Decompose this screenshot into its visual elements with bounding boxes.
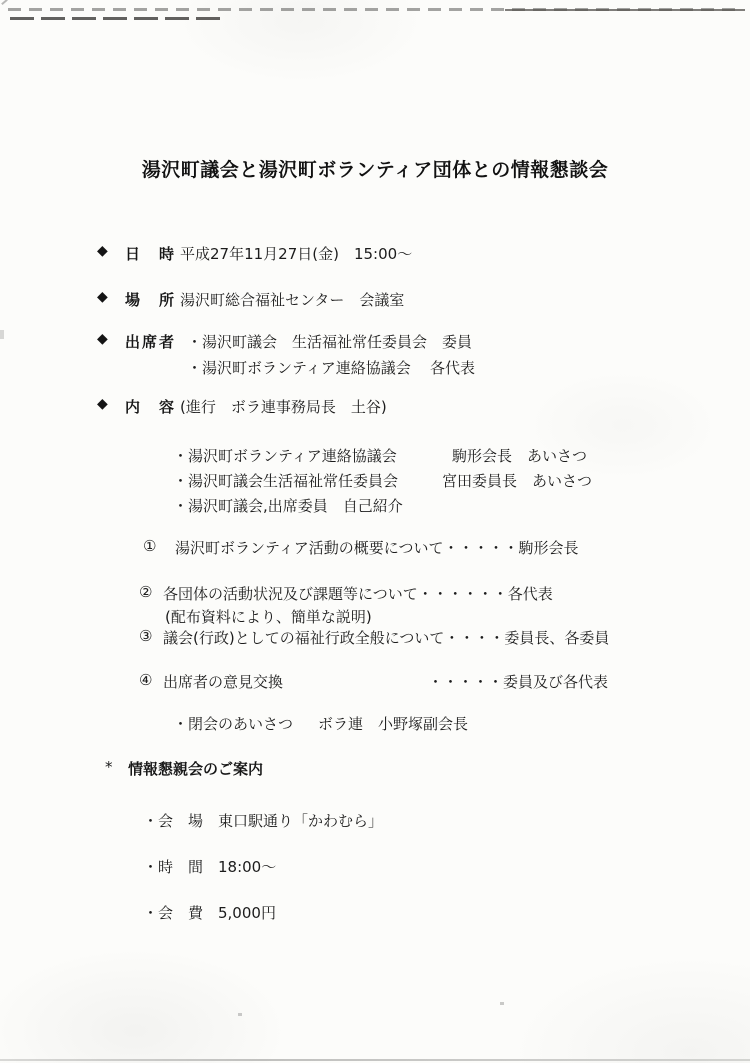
attendees-line2: ・湯沢町ボランティア連絡協議会 xyxy=(187,357,411,378)
contents-label: 内 容 xyxy=(125,396,176,417)
diamond-bullet-icon: ◆ xyxy=(97,396,108,412)
datetime-value: 平成27年11月27日(金) 15:00～ xyxy=(180,243,412,264)
agenda-right: ・・・・・委員及び各代表 xyxy=(428,671,608,692)
scan-artifact-bottom-line xyxy=(0,1059,750,1061)
party-fee-row: ・会 費 5,000円 xyxy=(0,902,750,924)
asterisk-marker: * xyxy=(105,758,113,776)
document-title: 湯沢町議会と湯沢町ボランティア団体との情報懇談会 xyxy=(0,155,750,182)
greeting-right: 駒形会長 あいさつ xyxy=(452,445,587,466)
place-row: ◆ 場 所 湯沢町総合福祉センター 会議室 xyxy=(0,289,750,311)
diamond-bullet-icon: ◆ xyxy=(97,331,108,347)
attendees-row-2: ・湯沢町ボランティア連絡協議会 各代表 xyxy=(0,357,750,379)
party-heading-row: * 情報懇親会のご案内 xyxy=(0,758,750,780)
diamond-bullet-icon: ◆ xyxy=(97,289,108,305)
party-time-value: 18:00～ xyxy=(218,856,276,877)
contents-row: ◆ 内 容 (進行 ボラ連事務局長 土谷) xyxy=(0,396,750,418)
greeting-text: ・湯沢町ボランティア連絡協議会 xyxy=(173,445,397,466)
greeting-row: ・湯沢町ボランティア連絡協議会 駒形会長 あいさつ xyxy=(0,445,750,467)
party-venue-label: ・会 場 xyxy=(143,810,203,831)
scanned-document-page: 湯沢町議会と湯沢町ボランティア団体との情報懇談会 ◆ 日 時 平成27年11月2… xyxy=(0,0,750,1063)
greeting-row: ・湯沢町議会生活福祉常任委員会 宮田委員長 あいさつ xyxy=(0,470,750,492)
party-time-row: ・時 間 18:00～ xyxy=(0,856,750,878)
datetime-label: 日 時 xyxy=(125,243,176,264)
place-value: 湯沢町総合福祉センター 会議室 xyxy=(180,289,404,310)
contents-value: (進行 ボラ連事務局長 土谷) xyxy=(180,396,387,417)
party-venue-row: ・会 場 東口駅通り「かわむら」 xyxy=(0,810,750,832)
agenda-text: 湯沢町ボランティア活動の概要について・・・・・駒形会長 xyxy=(175,537,579,558)
closing-right: ボラ連 小野塚副会長 xyxy=(318,713,468,734)
agenda-item-2: ② 各団体の活動状況及び課題等について・・・・・・各代表 xyxy=(0,583,750,605)
agenda-item-1: ① 湯沢町ボランティア活動の概要について・・・・・駒形会長 xyxy=(0,537,750,559)
datetime-row: ◆ 日 時 平成27年11月27日(金) 15:00～ xyxy=(0,243,750,265)
party-fee-label: ・会 費 xyxy=(143,902,203,923)
agenda-text: 出席者の意見交換 xyxy=(163,671,283,692)
agenda-number: ④ xyxy=(139,671,152,689)
party-fee-value: 5,000円 xyxy=(218,902,276,923)
scan-corner-mark xyxy=(1,0,8,5)
agenda-item-3: ③ 議会(行政)としての福祉行政全般について・・・・委員長、各委員 xyxy=(0,627,750,649)
attendees-label: 出席者 xyxy=(125,331,176,352)
attendees-line1: ・湯沢町議会 生活福祉常任委員会 委員 xyxy=(187,331,472,352)
agenda-note: (配布資料により、簡単な説明) xyxy=(165,606,372,627)
scan-speck xyxy=(500,1002,504,1005)
scan-artifact-top-line-solid xyxy=(505,9,745,11)
greeting-row: ・湯沢町議会,出席委員 自己紹介 xyxy=(0,495,750,517)
party-venue-value: 東口駅通り「かわむら」 xyxy=(218,810,383,831)
agenda-text: 各団体の活動状況及び課題等について・・・・・・各代表 xyxy=(163,583,553,604)
party-heading: 情報懇親会のご案内 xyxy=(128,758,263,779)
attendees-row: ◆ 出席者 ・湯沢町議会 生活福祉常任委員会 委員 xyxy=(0,331,750,353)
closing-row: ・閉会のあいさつ ボラ連 小野塚副会長 xyxy=(0,713,750,735)
agenda-number: ① xyxy=(143,537,156,555)
scan-speck xyxy=(238,1013,242,1016)
agenda-number: ② xyxy=(139,583,152,601)
closing-text: ・閉会のあいさつ xyxy=(173,713,293,734)
agenda-item-2-note: (配布資料により、簡単な説明) xyxy=(0,606,750,628)
party-time-label: ・時 間 xyxy=(143,856,203,877)
agenda-text: 議会(行政)としての福祉行政全般について・・・・委員長、各委員 xyxy=(163,627,609,648)
scan-artifact-second-line xyxy=(10,17,222,20)
diamond-bullet-icon: ◆ xyxy=(97,243,108,259)
greeting-text: ・湯沢町議会,出席委員 自己紹介 xyxy=(173,495,403,516)
place-label: 場 所 xyxy=(125,289,176,310)
attendees-line2-right: 各代表 xyxy=(430,357,475,378)
greeting-text: ・湯沢町議会生活福祉常任委員会 xyxy=(173,470,398,491)
agenda-item-4: ④ 出席者の意見交換 ・・・・・委員及び各代表 xyxy=(0,671,750,693)
agenda-number: ③ xyxy=(139,627,152,645)
greeting-right: 宮田委員長 あいさつ xyxy=(442,470,592,491)
